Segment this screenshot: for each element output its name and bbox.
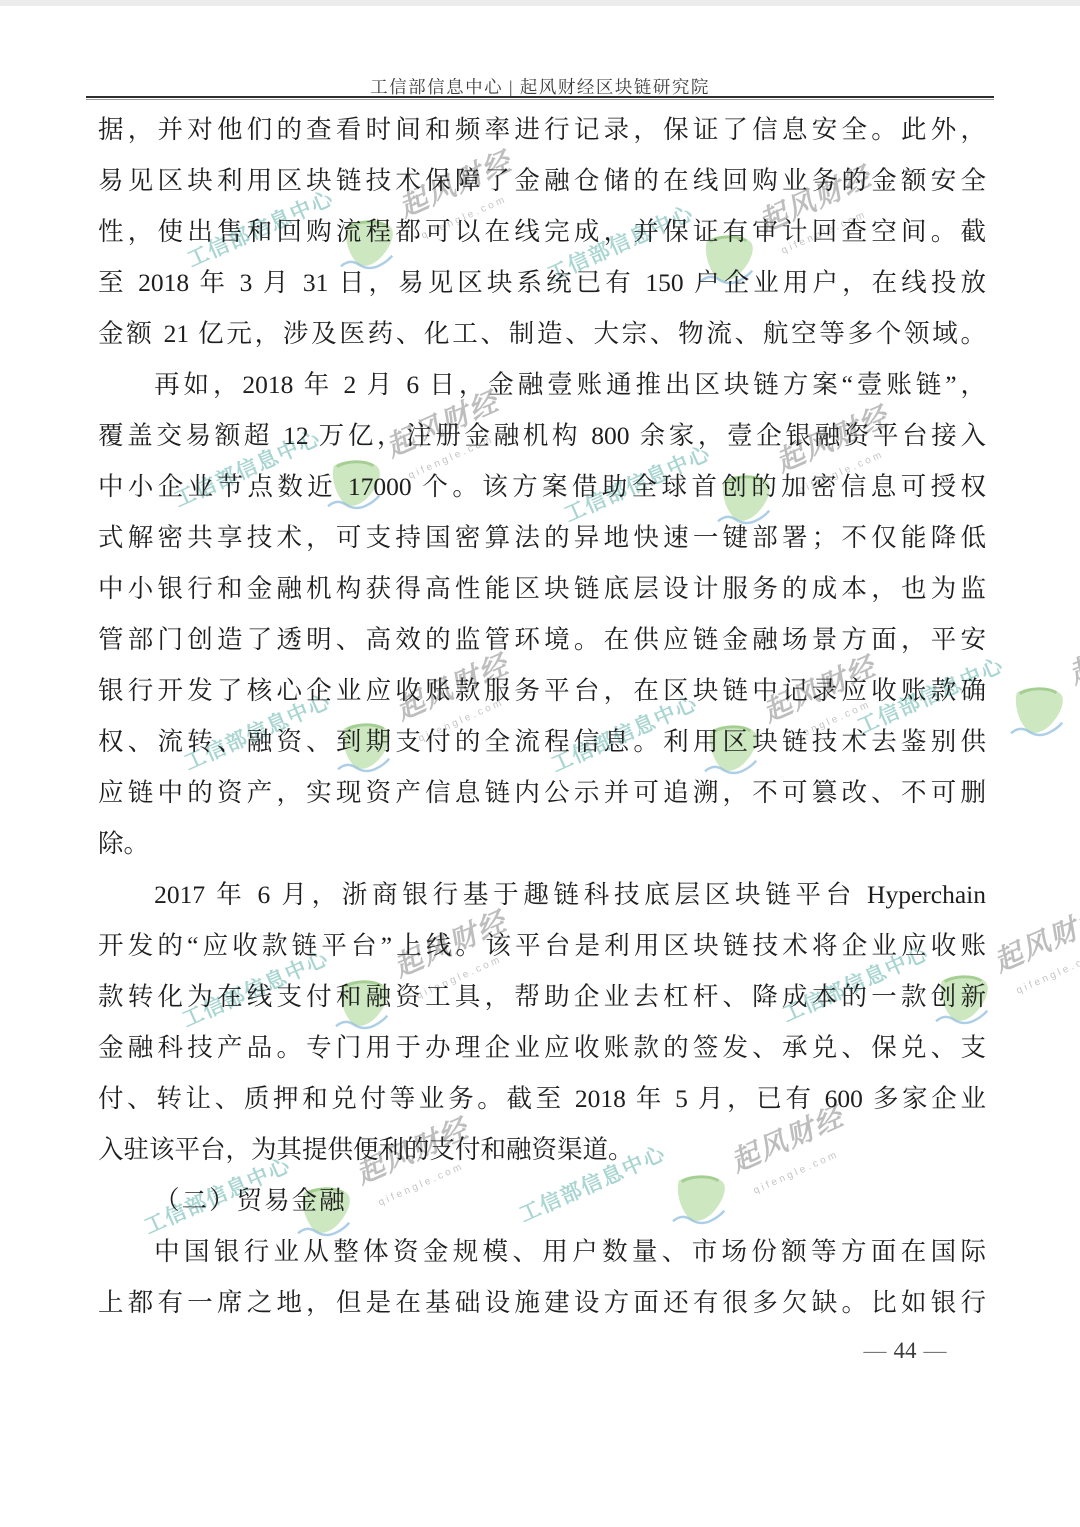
text-line: 据，并对他们的查看时间和频率进行记录，保证了信息安全。此外， (98, 104, 986, 155)
text-line: 中小企业节点数近 17000 个。该方案借助全球首创的加密信息可授权 (98, 461, 986, 512)
page-number-dash-right: — (924, 1338, 947, 1363)
text-line: 式解密共享技术，可支持国密算法的异地快速一键部署；不仅能降低 (98, 512, 986, 563)
text-line: 开发的“应收款链平台”上线。该平台是利用区块链技术将企业应收账 (98, 920, 986, 971)
text-line: 覆盖交易额超 12 万亿，注册金融机构 800 余家，壹企银融资平台接入 (98, 410, 986, 461)
text-line: 管部门创造了透明、高效的监管环境。在供应链金融场景方面，平安 (98, 614, 986, 665)
section-heading: （二）贸易金融 (98, 1175, 986, 1226)
text-line: 款转化为在线支付和融资工具，帮助企业去杠杆、降成本的一款创新 (98, 971, 986, 1022)
text-line: 再如，2018 年 2 月 6 日，金融壹账通推出区块链方案“壹账链”， (98, 359, 986, 410)
text-line: 上都有一席之地，但是在基础设施建设方面还有很多欠缺。比如银行 (98, 1277, 986, 1328)
page-number-dash-left: — (864, 1338, 887, 1363)
qifeng-leaf-icon (1006, 684, 1074, 742)
text-line: 至 2018 年 3 月 31 日，易见区块系统已有 150 户企业用户，在线投… (98, 257, 986, 308)
body-text: 据，并对他们的查看时间和频率进行记录，保证了信息安全。此外， 易见区块利用区块链… (98, 104, 986, 1328)
text-line: 金额 21 亿元，涉及医药、化工、制造、大宗、物流、航空等多个领域。 (98, 308, 986, 359)
text-line: 中国银行业从整体资金规模、用户数量、市场份额等方面在国际 (98, 1226, 986, 1277)
text-line: 应链中的资产，实现资产信息链内公示并可追溯，不可篡改、不可删 (98, 767, 986, 818)
text-line: 金融科技产品。专门用于办理企业应收账款的签发、承兑、保兑、支 (98, 1022, 986, 1073)
page-top-edge (0, 0, 1080, 6)
text-line: 付、转让、质押和兑付等业务。截至 2018 年 5 月，已有 600 多家企业 (98, 1073, 986, 1124)
text-line: 入驻该平台，为其提供便利的支付和融资渠道。 (98, 1124, 986, 1175)
watermark-brand-text: 起风财经 (1062, 607, 1080, 692)
page-number: 44 (894, 1338, 917, 1363)
text-line: 易见区块利用区块链技术保障了金融仓储的在线回购业务的金额安全 (98, 155, 986, 206)
text-line: 银行开发了核心企业应收账款服务平台，在区块链中记录应收账款确 (98, 665, 986, 716)
watermark-url-text: qifengle.com (1015, 949, 1080, 997)
watermark-brand-text: 起风财经 (987, 895, 1080, 980)
page-footer: —44— (840, 1338, 970, 1364)
text-line: 权、流转、融资、到期支付的全流程信息。利用区块链技术去鉴别供 (98, 716, 986, 767)
text-line: 性，使出售和回购流程都可以在线完成，并保证有审计回查空间。截 (98, 206, 986, 257)
text-line: 除。 (98, 818, 986, 869)
text-line: 2017 年 6 月，浙商银行基于趣链科技底层区块链平台 Hyperchain (98, 869, 986, 920)
header-rule (86, 96, 994, 100)
text-line: 中小银行和金融机构获得高性能区块链底层设计服务的成本，也为监 (98, 563, 986, 614)
document-page: 工信部信息中心 起风财经 qifengle.com 工信部信息中心 起风财经 q… (0, 0, 1080, 1527)
